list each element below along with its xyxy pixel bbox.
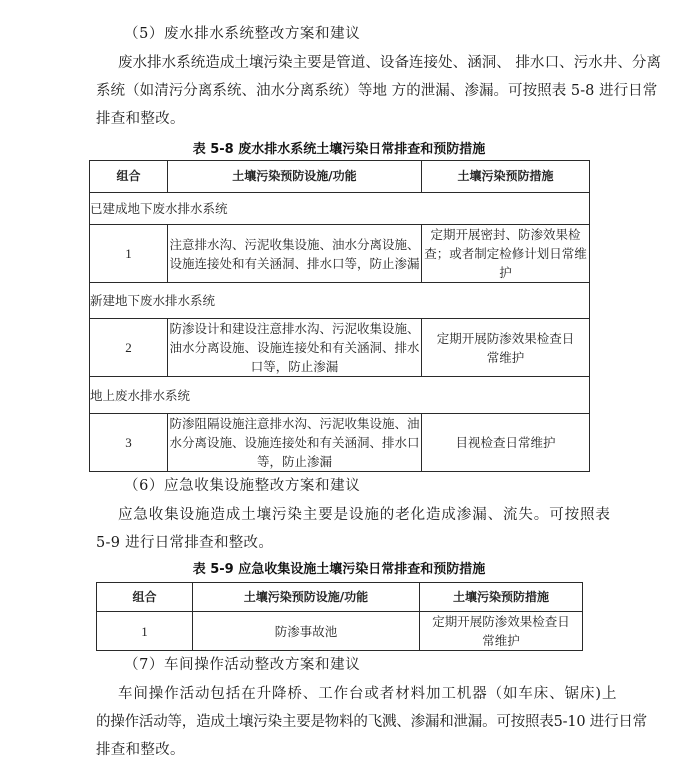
group-label: 新建地下废水排水系统 (90, 283, 590, 319)
section-7-paragraph-line-2: 的操作活动等，造成土壤污染主要是物料的飞溅、渗漏和泄漏。可按照表5-10 进行日… (96, 712, 647, 732)
row-facility: 防渗事故池 (193, 612, 420, 651)
table-row: 1 注意排水沟、污泥收集设施、油水分离设施、设施连接处和有关涵洞、排水口等，防止… (90, 225, 590, 283)
header-measure: 土壤污染预防措施 (422, 161, 590, 193)
table-row: 2 防渗设计和建设注意排水沟、污泥收集设施、油水分离设施、设施连接处和有关涵洞、… (90, 319, 590, 377)
section-5-paragraph-line-3: 排查和整改。 (96, 109, 185, 129)
section-7-paragraph-line-1: 车间操作活动包括在升降桥、工作台或者材料加工机器（如车床、锯床)上 (118, 684, 617, 704)
header-facility: 土壤污染预防设施/功能 (193, 583, 420, 612)
table-5-8-caption: 表 5-8 废水排水系统土壤污染日常排查和预防措施 (89, 141, 589, 159)
section-6-paragraph-line-2: 5-9 进行日常排查和整改。 (96, 533, 273, 553)
group-row: 地上废水排水系统 (90, 377, 590, 414)
header-group: 组合 (97, 583, 193, 612)
group-row: 已建成地下废水排水系统 (90, 193, 590, 225)
row-number: 1 (97, 612, 193, 651)
table-5-9: 组合 土壤污染预防设施/功能 土壤污染预防措施 1 防渗事故池 定期开展防渗效果… (96, 582, 583, 651)
section-6-heading: （6）应急收集设施整改方案和建议 (124, 476, 360, 496)
row-measure: 定期开展防渗效果检查日常维护 (422, 319, 590, 377)
row-measure: 定期开展防渗效果检查日常维护 (420, 612, 583, 651)
group-row: 新建地下废水排水系统 (90, 283, 590, 319)
section-7-heading: （7）车间操作活动整改方案和建议 (124, 655, 360, 675)
header-group: 组合 (90, 161, 168, 193)
section-5-paragraph-line-2: 系统（如清污分离系统、油水分离系统）等地 方的泄漏、渗漏。可按照表 5-8 进行… (96, 81, 657, 101)
row-facility: 注意排水沟、污泥收集设施、油水分离设施、设施连接处和有关涵洞、排水口等，防止渗漏 (168, 225, 422, 283)
row-facility: 防渗阻隔设施注意排水沟、污泥收集设施、油水分离设施、设施连接处和有关涵洞、排水口… (168, 414, 422, 472)
group-label: 地上废水排水系统 (90, 377, 590, 414)
table-header-row: 组合 土壤污染预防设施/功能 土壤污染预防措施 (90, 161, 590, 193)
row-number: 2 (90, 319, 168, 377)
table-row: 1 防渗事故池 定期开展防渗效果检查日常维护 (97, 612, 583, 651)
section-5-paragraph-line-1: 废水排水系统造成土壤污染主要是管道、设备连接处、涵洞、 排水口、污水井、分离 (118, 53, 661, 73)
row-number: 3 (90, 414, 168, 472)
section-5-heading: （5）废水排水系统整改方案和建议 (124, 24, 360, 44)
table-header-row: 组合 土壤污染预防设施/功能 土壤污染预防措施 (97, 583, 583, 612)
row-number: 1 (90, 225, 168, 283)
header-measure: 土壤污染预防措施 (420, 583, 583, 612)
document-page: （5）废水排水系统整改方案和建议 废水排水系统造成土壤污染主要是管道、设备连接处… (0, 0, 681, 768)
section-7-paragraph-line-3: 排查和整改。 (96, 740, 185, 760)
row-measure: 定期开展密封、防渗效果检查；或者制定检修计划日常维护 (422, 225, 590, 283)
row-facility: 防渗设计和建设注意排水沟、污泥收集设施、油水分离设施、设施连接处和有关涵洞、排水… (168, 319, 422, 377)
group-label: 已建成地下废水排水系统 (90, 193, 590, 225)
row-measure: 目视检查日常维护 (422, 414, 590, 472)
table-5-8: 组合 土壤污染预防设施/功能 土壤污染预防措施 已建成地下废水排水系统 1 注意… (89, 160, 590, 472)
table-5-9-caption: 表 5-9 应急收集设施土壤污染日常排查和预防措施 (96, 561, 582, 579)
header-facility: 土壤污染预防设施/功能 (168, 161, 422, 193)
section-6-paragraph-line-1: 应急收集设施造成土壤污染主要是设施的老化造成渗漏、流失。可按照表 (118, 505, 611, 525)
table-row: 3 防渗阻隔设施注意排水沟、污泥收集设施、油水分离设施、设施连接处和有关涵洞、排… (90, 414, 590, 472)
